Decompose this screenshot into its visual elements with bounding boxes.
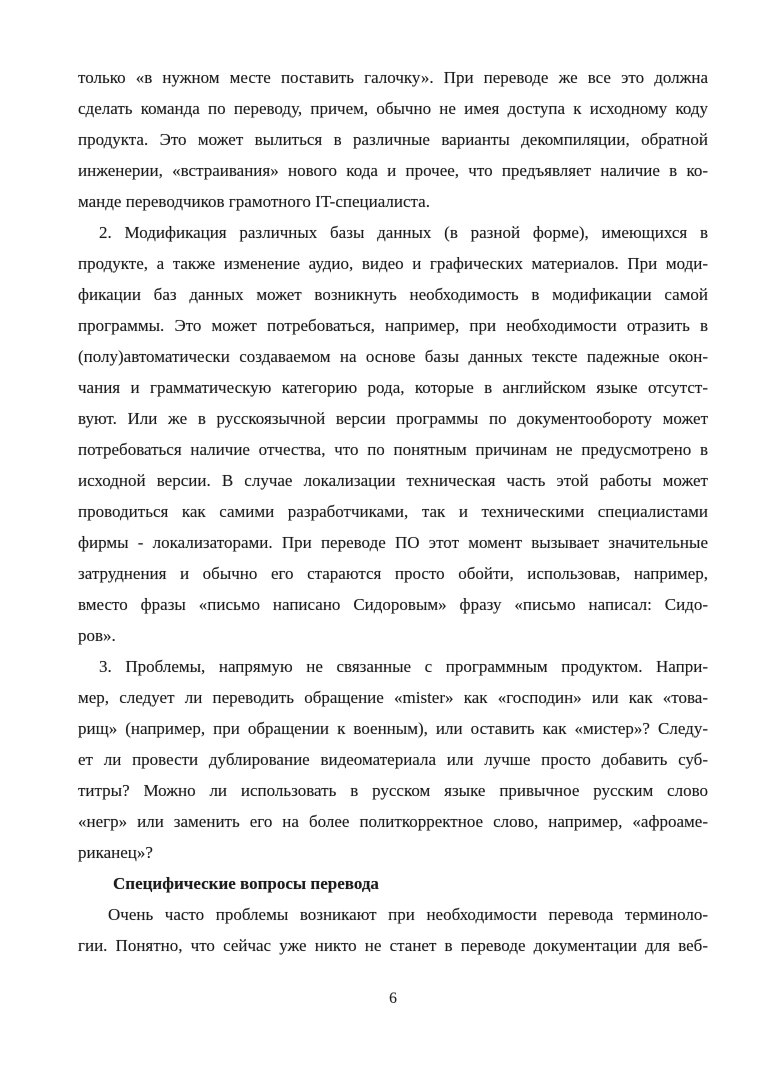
text-content: только «в нужном месте поставить галочку… [78,62,708,961]
text-line: мер, следует ли переводить обращение «mi… [78,682,708,713]
text-line: риканец»? [78,837,708,868]
text-line: программы. Это может потребоваться, напр… [78,310,708,341]
page-number: 6 [78,990,708,1008]
text-line: инженерии, «встраивания» нового кода и п… [78,155,708,186]
paragraph-continuation: только «в нужном месте поставить галочку… [78,62,708,217]
text-line: вместо фразы «письмо написано Сидоровым»… [78,589,708,620]
text-line: манде переводчиков грамотного IT-специал… [78,186,708,217]
text-line: рищ» (например, при обращении к военным)… [78,713,708,744]
text-line: 3. Проблемы, напрямую не связанные с про… [78,651,708,682]
section-heading: Специфические вопросы перевода [78,868,708,899]
text-line: фирмы - локализаторами. При переводе ПО … [78,527,708,558]
text-line: титры? Можно ли использовать в русском я… [78,775,708,806]
text-line: ров». [78,620,708,651]
paragraph-item-3: 3. Проблемы, напрямую не связанные с про… [78,651,708,868]
text-line: «негр» или заменить его на более политко… [78,806,708,837]
text-line: фикации баз данных может возникнуть необ… [78,279,708,310]
text-line: проводиться как самими разработчиками, т… [78,496,708,527]
text-line: исходной версии. В случае локализации те… [78,465,708,496]
text-line: потребоваться наличие отчества, что по п… [78,434,708,465]
text-line: сделать команда по переводу, причем, обы… [78,93,708,124]
document-page: только «в нужном месте поставить галочку… [0,0,764,1080]
heading-line: Специфические вопросы перевода [78,868,708,899]
text-line: Очень часто проблемы возникают при необх… [78,899,708,930]
text-line: 2. Модификация различных базы данных (в … [78,217,708,248]
paragraph-item-2: 2. Модификация различных базы данных (в … [78,217,708,651]
paragraph-terminology: Очень часто проблемы возникают при необх… [78,899,708,961]
text-line: продукте, а также изменение аудио, видео… [78,248,708,279]
text-line: ет ли провести дублирование видеоматериа… [78,744,708,775]
text-line: (полу)автоматически создаваемом на основ… [78,341,708,372]
text-line: затруднения и обычно его стараются прост… [78,558,708,589]
text-line: чания и грамматическую категорию рода, к… [78,372,708,403]
text-line: только «в нужном месте поставить галочку… [78,62,708,93]
text-line: гии. Понятно, что сейчас уже никто не ст… [78,930,708,961]
text-line: вуют. Или же в русскоязычной версии прог… [78,403,708,434]
text-line: продукта. Это может вылиться в различные… [78,124,708,155]
